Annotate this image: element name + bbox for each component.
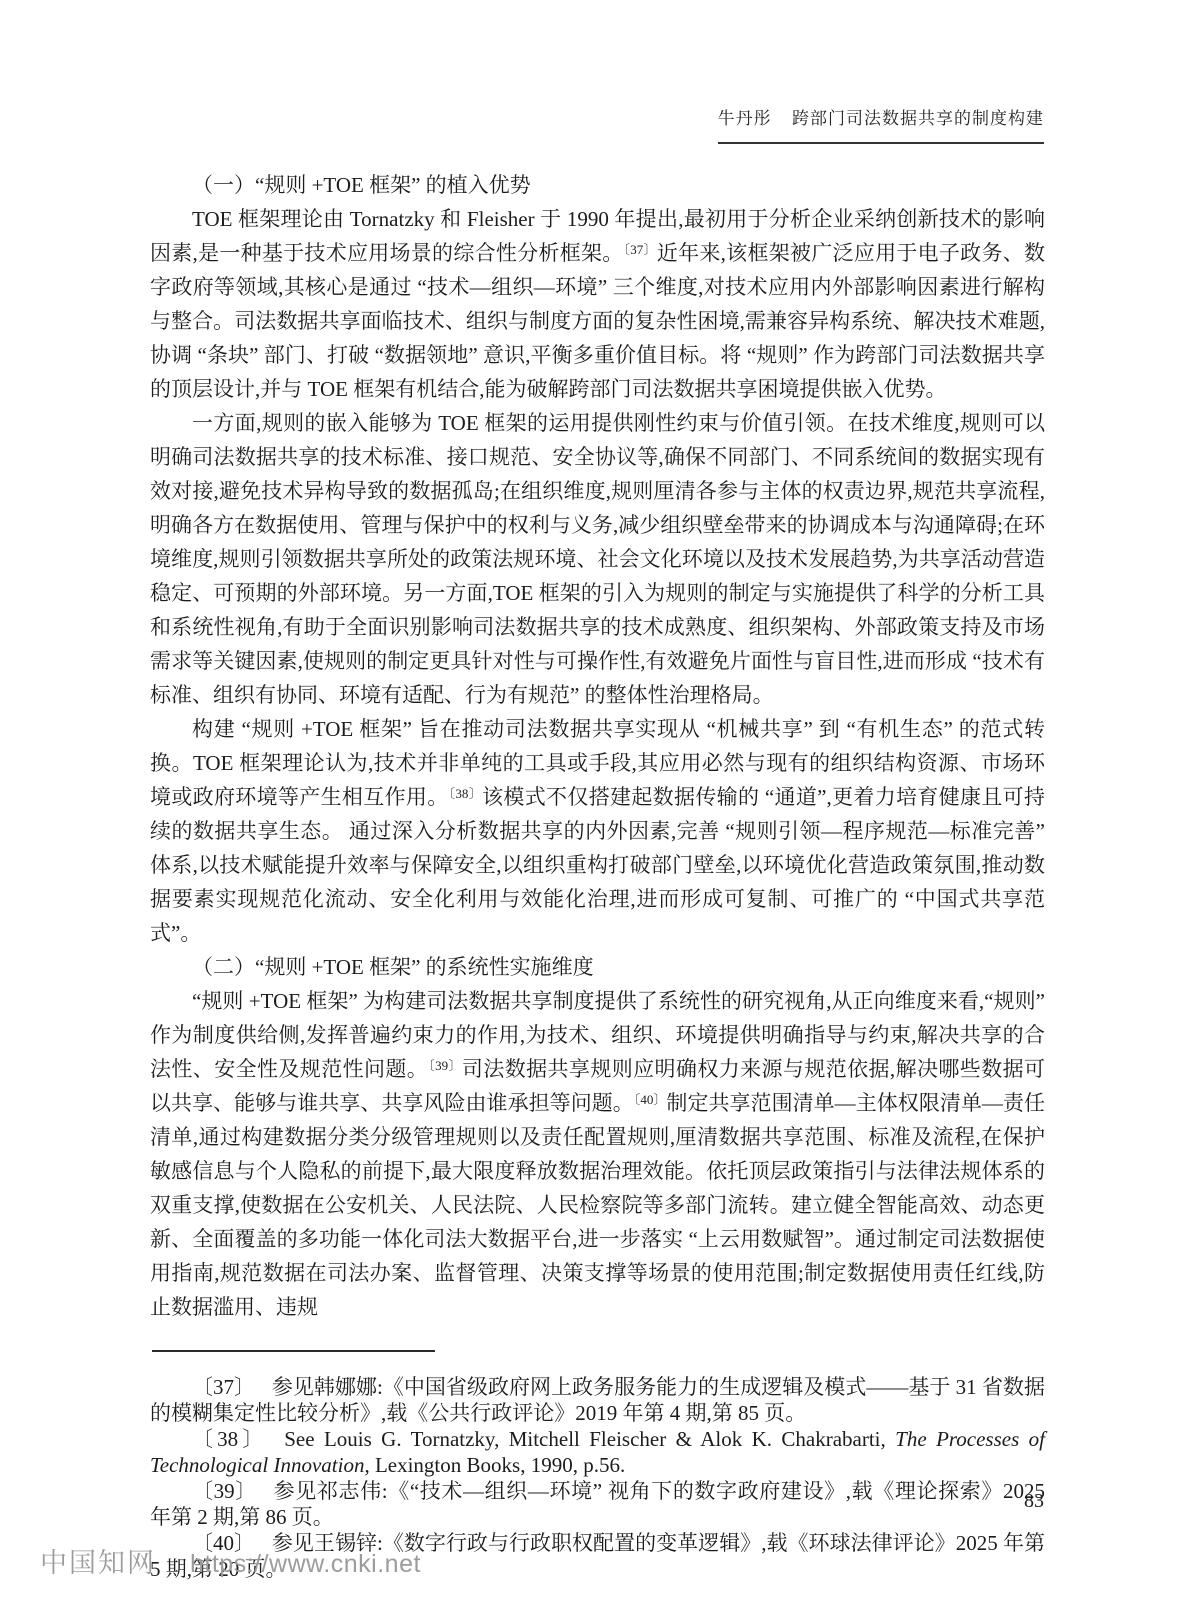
section-heading-2: （二）“规则 +TOE 框架” 的系统性实施维度 — [150, 950, 1045, 984]
footnotes-separator — [152, 1350, 435, 1352]
paragraph-3-text: 该模式不仅搭建起数据传输的 “通道”,更着力培育健康且可持续的数据共享生态。 通… — [150, 785, 1045, 945]
footnote-item-38: 〔38〕See Louis G. Tornatzky, Mitchell Fle… — [150, 1426, 1045, 1478]
cnki-watermark: 中国知网https://www.cnki.net — [40, 1541, 421, 1580]
paragraph-4: “规则 +TOE 框架” 为构建司法数据共享制度提供了系统性的研究视角,从正向维… — [150, 984, 1045, 1324]
article-body: （一）“规则 +TOE 框架” 的植入优势 TOE 框架理论由 Tornatzk… — [150, 168, 1045, 1582]
footnote-label: 〔39〕 — [192, 1479, 257, 1503]
footnote-text: , Lexington Books, 1990, p.56. — [364, 1453, 625, 1477]
section-heading-1: （一）“规则 +TOE 框架” 的植入优势 — [150, 168, 1045, 202]
paragraph-3: 构建 “规则 +TOE 框架” 旨在推动司法数据共享实现从 “机械共享” 到 “… — [150, 712, 1045, 950]
paragraph-1-text: 近年来,该框架被广泛应用于电子政务、数字政府等领域,其核心是通过 “技术—组织—… — [150, 241, 1045, 401]
page-number: 83 — [1024, 1490, 1044, 1513]
running-header-author: 牛丹彤 — [718, 109, 772, 128]
paragraph-1: TOE 框架理论由 Tornatzky 和 Fleisher 于 1990 年提… — [150, 202, 1045, 406]
running-header-rule: 牛丹彤跨部门司法数据共享的制度构建 — [718, 104, 1044, 144]
paragraph-2-text: 一方面,规则的嵌入能够为 TOE 框架的运用提供刚性约束与价值引领。在技术维度,… — [150, 411, 1045, 707]
paragraph-4-text: 制定共享范围清单—主体权限清单—责任清单,通过构建数据分类分级管理规则以及责任配… — [150, 1091, 1045, 1319]
footnote-text: 参见祁志伟:《“技术—组织—环境” 视角下的数字政府建设》,载《理论探索》202… — [150, 1479, 1045, 1529]
footnote-label: 〔37〕 — [192, 1375, 255, 1399]
watermark-url: https://www.cnki.net — [190, 1550, 421, 1578]
footnote-item-37: 〔37〕参见韩娜娜:《中国省级政府网上政务服务能力的生成逻辑及模式——基于 31… — [150, 1374, 1045, 1426]
footnote-label: 〔38〕 — [192, 1427, 267, 1451]
running-header-title: 跨部门司法数据共享的制度构建 — [792, 109, 1044, 128]
footnote-ref-39: 〔39〕 — [428, 1058, 462, 1073]
watermark-brand: 中国知网 — [40, 1548, 156, 1578]
footnote-text: 参见韩娜娜:《中国省级政府网上政务服务能力的生成逻辑及模式——基于 31 省数据… — [150, 1375, 1045, 1425]
footnote-ref-37: 〔37〕 — [624, 242, 657, 257]
page: { "header": { "author": "牛丹彤", "title": … — [0, 0, 1190, 1614]
running-header: 牛丹彤跨部门司法数据共享的制度构建 — [718, 104, 1044, 144]
footnote-text: See Louis G. Tornatzky, Mitchell Fleisch… — [284, 1427, 895, 1451]
footnote-ref-40: 〔40〕 — [634, 1092, 667, 1107]
footnote-ref-38: 〔38〕 — [449, 786, 482, 801]
paragraph-2: 一方面,规则的嵌入能够为 TOE 框架的运用提供刚性约束与价值引领。在技术维度,… — [150, 406, 1045, 712]
footnote-item-39: 〔39〕参见祁志伟:《“技术—组织—环境” 视角下的数字政府建设》,载《理论探索… — [150, 1478, 1045, 1530]
